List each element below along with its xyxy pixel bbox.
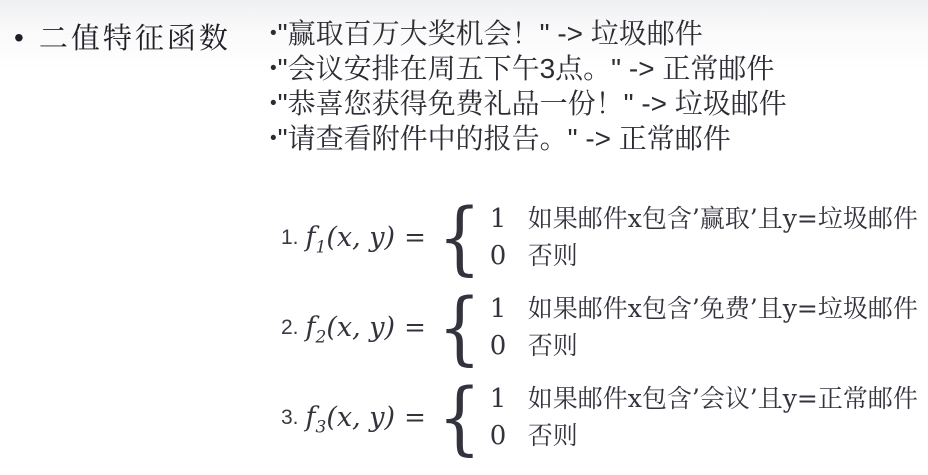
formula-number: 3.	[281, 406, 299, 430]
case-value: 1	[490, 294, 528, 325]
equals-sign: =	[404, 403, 426, 433]
example-text: "恭喜您获得免费礼品一份！" -> 垃圾邮件	[278, 88, 787, 119]
equals-sign: =	[404, 223, 426, 253]
case-condition: 否则	[528, 330, 578, 361]
formula-row-2: 2. f2(x, y)= { 1 如果邮件x包含’免费’且y=垃圾邮件 0 否则	[281, 289, 918, 366]
function-args: (x, y)	[326, 402, 395, 433]
bullet-icon: •	[270, 58, 277, 79]
function-args: (x, y)	[326, 222, 395, 253]
example-text: "请查看附件中的报告。" -> 正常邮件	[278, 123, 731, 154]
slide-title-row: •二值特征函数	[14, 16, 231, 57]
function-subscript: 1	[316, 237, 327, 257]
case-row: 0 否则	[490, 420, 918, 452]
list-item: •"赢取百万大奖机会！" -> 垃圾邮件	[270, 16, 787, 51]
function-args: (x, y)	[326, 312, 395, 343]
case-row: 1 如果邮件x包含’免费’且y=垃圾邮件	[490, 293, 918, 325]
equals-sign: =	[404, 313, 426, 343]
function-name: f	[306, 222, 316, 253]
bullet-icon: •	[270, 128, 277, 149]
title-bullet-icon: •	[14, 22, 24, 54]
case-row: 1 如果邮件x包含’会议’且y=正常邮件	[490, 383, 918, 415]
function-subscript: 2	[316, 327, 327, 347]
case-condition: 否则	[528, 420, 578, 451]
list-item: •"请查看附件中的报告。" -> 正常邮件	[270, 121, 787, 156]
presentation-slide: •二值特征函数 •"赢取百万大奖机会！" -> 垃圾邮件 •"会议安排在周五下午…	[0, 0, 928, 475]
formula-row-3: 3. f3(x, y)= { 1 如果邮件x包含’会议’且y=正常邮件 0 否则	[281, 379, 918, 456]
case-value: 0	[490, 421, 528, 452]
example-text: "赢取百万大奖机会！" -> 垃圾邮件	[278, 18, 703, 49]
case-value: 0	[490, 331, 528, 362]
case-row: 0 否则	[490, 330, 918, 362]
formula-lhs: f2(x, y)=	[306, 312, 426, 343]
function-name: f	[306, 312, 316, 343]
page-title: 二值特征函数	[39, 21, 231, 55]
formula-number: 2.	[281, 316, 299, 340]
examples-list: •"赢取百万大奖机会！" -> 垃圾邮件 •"会议安排在周五下午3点。" -> …	[270, 16, 787, 156]
case-condition: 如果邮件x包含’会议’且y=正常邮件	[528, 383, 918, 414]
list-item: •"恭喜您获得免费礼品一份！" -> 垃圾邮件	[270, 86, 787, 121]
case-condition: 如果邮件x包含’赢取’且y=垃圾邮件	[528, 203, 918, 234]
left-brace-glyph: {	[438, 200, 481, 276]
case-value: 0	[490, 241, 528, 272]
case-condition: 如果邮件x包含’免费’且y=垃圾邮件	[528, 293, 918, 324]
function-name: f	[306, 402, 316, 433]
case-value: 1	[490, 204, 528, 235]
case-condition: 否则	[528, 240, 578, 271]
formula-lhs: f1(x, y)=	[306, 222, 426, 253]
case-row: 1 如果邮件x包含’赢取’且y=垃圾邮件	[490, 203, 918, 235]
formulas-block: 1. f1(x, y)= { 1 如果邮件x包含’赢取’且y=垃圾邮件 0 否则…	[281, 199, 918, 456]
cases-column: 1 如果邮件x包含’免费’且y=垃圾邮件 0 否则	[490, 293, 918, 362]
list-item: •"会议安排在周五下午3点。" -> 正常邮件	[270, 51, 787, 86]
left-brace-glyph: {	[438, 290, 481, 366]
cases-column: 1 如果邮件x包含’赢取’且y=垃圾邮件 0 否则	[490, 203, 918, 272]
function-subscript: 3	[316, 417, 327, 437]
left-brace-glyph: {	[438, 380, 481, 456]
formula-row-1: 1. f1(x, y)= { 1 如果邮件x包含’赢取’且y=垃圾邮件 0 否则	[281, 199, 918, 276]
formula-lhs: f3(x, y)=	[306, 402, 426, 433]
example-text: "会议安排在周五下午3点。" -> 正常邮件	[278, 53, 775, 84]
formula-number: 1.	[281, 226, 299, 250]
cases-column: 1 如果邮件x包含’会议’且y=正常邮件 0 否则	[490, 383, 918, 452]
bullet-icon: •	[270, 23, 277, 44]
case-value: 1	[490, 384, 528, 415]
bullet-icon: •	[270, 93, 277, 114]
case-row: 0 否则	[490, 240, 918, 272]
